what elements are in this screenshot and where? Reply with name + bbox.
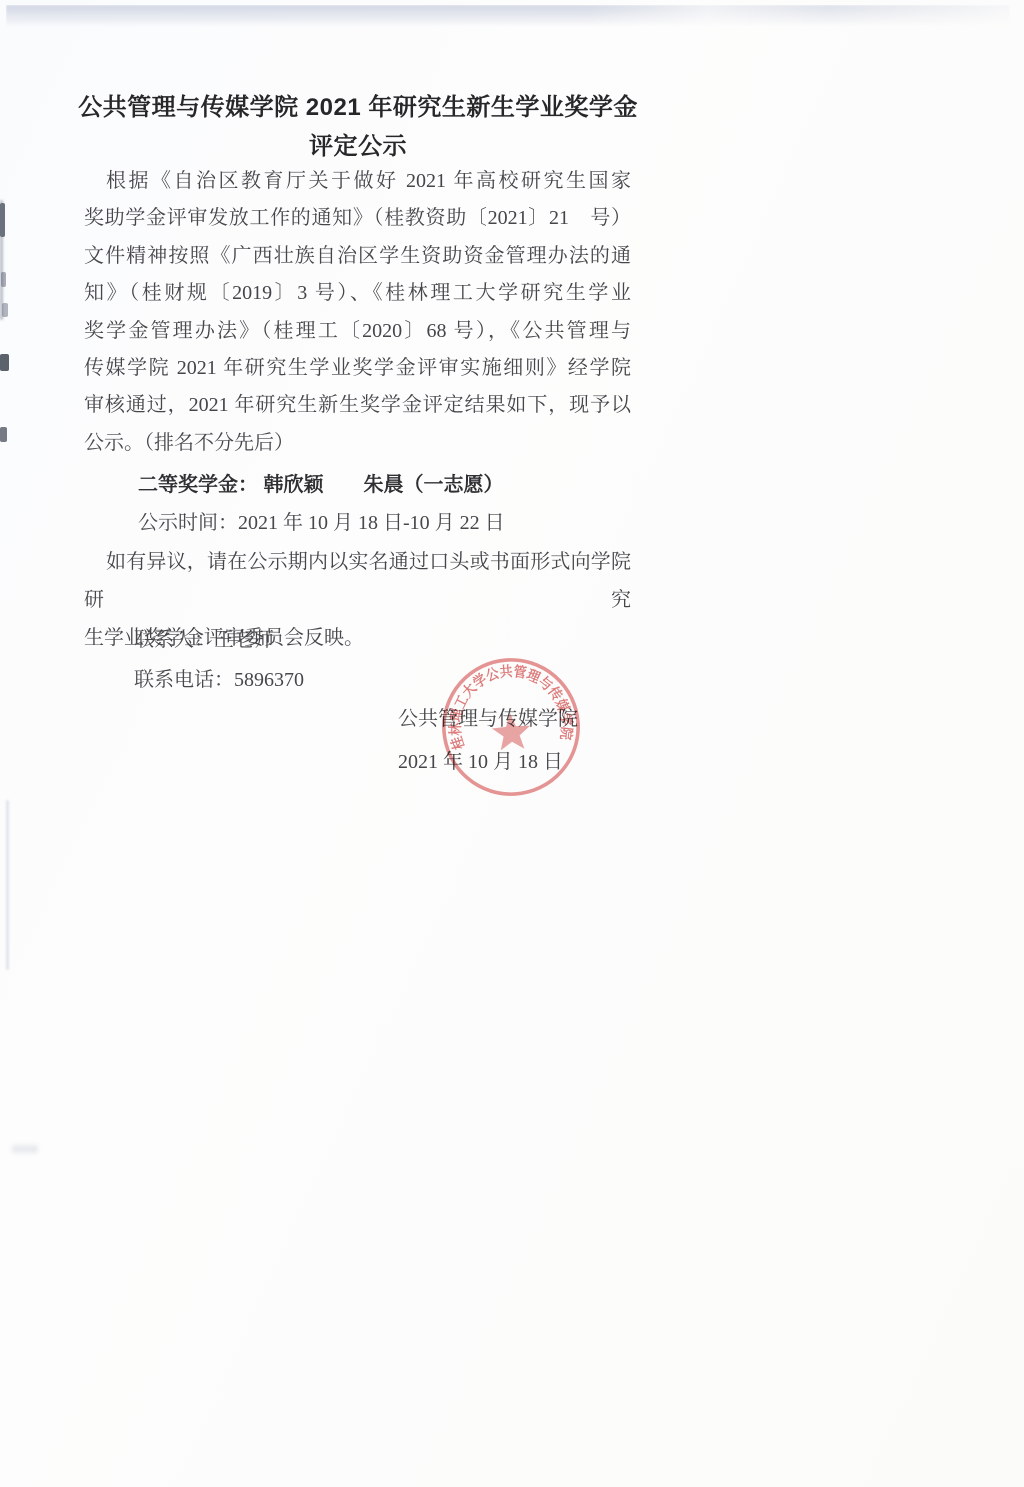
scan-artifact-left-mark bbox=[1, 272, 6, 287]
scholarship-award-line: 二等奖学金： 韩欣颖 朱晨（一志愿） bbox=[84, 467, 685, 504]
announcement-period-line: 公示时间：2021 年 10 月 18 日-10 月 22 日 bbox=[84, 505, 685, 542]
body-paragraph-line: 审核通过，2021 年研究生新生奖学金评定结果如下，现予以 bbox=[84, 387, 631, 424]
body-paragraph-line: 知》（桂财规〔2019〕3 号）、《桂林理工大学研究生学业 bbox=[84, 275, 631, 312]
scan-artifact-left-mark bbox=[0, 427, 7, 442]
scan-artifact-left-mark bbox=[0, 200, 3, 320]
body-paragraph-line: 奖助学金评审发放工作的通知》（桂教资助〔2021〕21 号） bbox=[84, 200, 631, 237]
body-paragraph-line: 文件精神按照《广西壮族自治区学生资助资金管理办法的通 bbox=[84, 238, 631, 275]
scan-artifact-left-mark bbox=[0, 354, 9, 371]
body-paragraph-line: 根据《自治区教育厅关于做好 2021 年高校研究生国家 bbox=[84, 163, 631, 200]
page-title-line-1: 公共管理与传媒学院 2021 年研究生新生学业奖学金 bbox=[78, 88, 638, 127]
seal-star-icon bbox=[491, 712, 532, 751]
scan-artifact-left-smudge bbox=[6, 800, 9, 970]
body-paragraph-line: 公示。（排名不分先后） bbox=[84, 425, 631, 462]
body-paragraph-1: 根据《自治区教育厅关于做好 2021 年高校研究生国家 奖助学金评审发放工作的通… bbox=[84, 163, 631, 462]
official-seal: 桂林理工大学公共管理与传媒学院 bbox=[432, 648, 590, 806]
body-paragraph-line: 传媒学院 2021 年研究生学业奖学金评审实施细则》经学院 bbox=[84, 350, 631, 387]
scanned-document-page: 公共管理与传媒学院 2021 年研究生新生学业奖学金 评定公示 根据《自治区教育… bbox=[0, 0, 1024, 1487]
contact-person-line: 联系人：王老师 bbox=[84, 621, 681, 659]
scan-artifact-top-band bbox=[6, 5, 1010, 27]
scan-artifact-left-smudge bbox=[12, 1145, 38, 1153]
contact-phone-line: 联系电话：5896370 bbox=[84, 661, 681, 699]
objection-paragraph-line: 如有异议，请在公示期内以实名通过口头或书面形式向学院研究 bbox=[84, 543, 631, 619]
body-paragraph-line: 奖学金管理办法》（桂理工〔2020〕68 号），《公共管理与 bbox=[84, 313, 631, 350]
page-title: 公共管理与传媒学院 2021 年研究生新生学业奖学金 评定公示 bbox=[78, 88, 638, 166]
page-title-line-2: 评定公示 bbox=[78, 127, 638, 166]
scan-artifact-left-mark bbox=[2, 303, 8, 317]
